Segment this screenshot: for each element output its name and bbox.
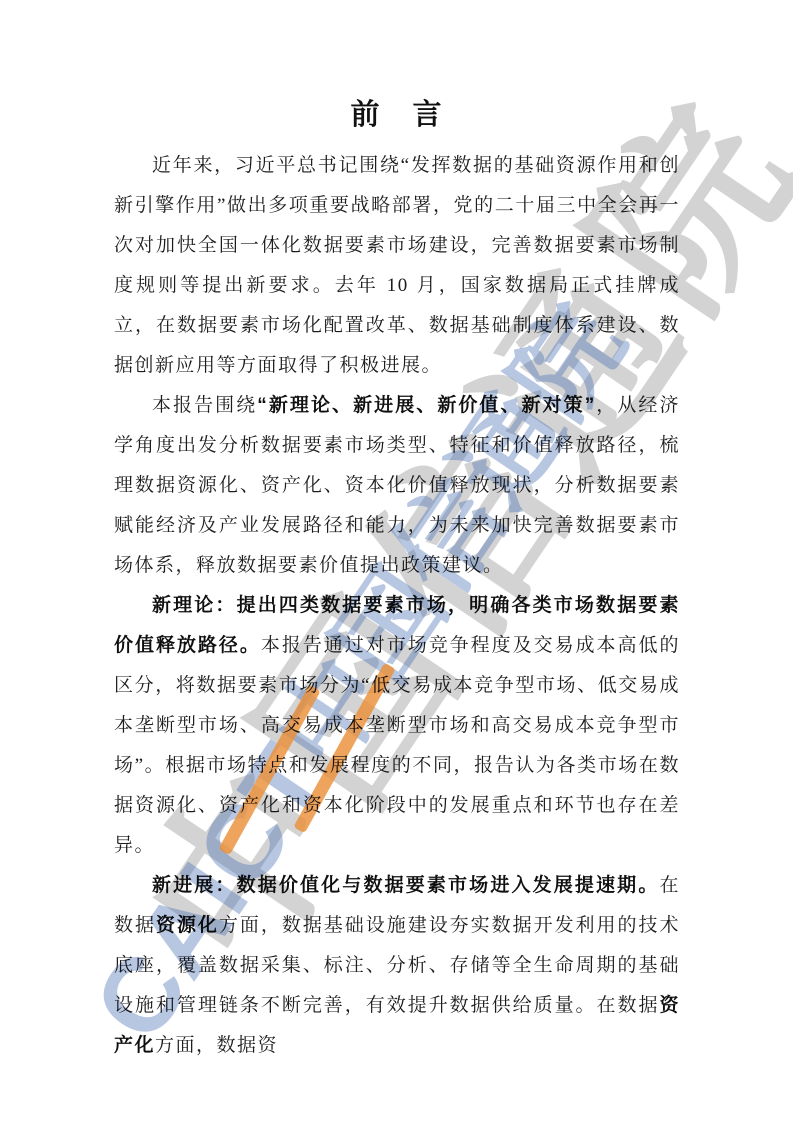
emphasis-text: 新进展：数据价值化与数据要素市场进入发展提速期。 [152, 875, 659, 896]
body-text: ，从经济学角度出发分析数据要素市场类型、特征和价值释放路径，梳理数据资源化、资产… [114, 395, 680, 576]
emphasis-text: 资源化 [156, 915, 219, 936]
paragraph: 新理论：提出四类数据要素市场，明确各类市场数据要素价值释放路径。本报告通过对市场… [114, 586, 680, 866]
paragraph: 近年来，习近平总书记围绕“发挥数据的基础资源作用和创新引擎作用”做出多项重要战略… [114, 146, 680, 386]
body-text: 本报告围绕 [152, 395, 257, 416]
page-title: 前 言 [114, 97, 680, 133]
document-page: 中国信通院 CAICT中国信通院 前 言 近年来，习近平总书记围绕“发挥数据的基… [0, 0, 793, 1122]
body-text: 近年来，习近平总书记围绕“发挥数据的基础资源作用和创新引擎作用”做出多项重要战略… [114, 155, 680, 376]
paragraph: 本报告围绕“新理论、新进展、新价值、新对策”，从经济学角度出发分析数据要素市场类… [114, 386, 680, 586]
document-content: 前 言 近年来，习近平总书记围绕“发挥数据的基础资源作用和创新引擎作用”做出多项… [114, 97, 680, 1066]
body-text: 方面，数据资 [155, 1035, 278, 1056]
paragraph: 新进展：数据价值化与数据要素市场进入发展提速期。在数据资源化方面，数据基础设施建… [114, 866, 680, 1066]
emphasis-text: “新理论、新进展、新价值、新对策” [257, 395, 595, 416]
paragraph-list: 近年来，习近平总书记围绕“发挥数据的基础资源作用和创新引擎作用”做出多项重要战略… [114, 146, 680, 1066]
body-text: 本报告通过对市场竞争程度及交易成本高低的区分，将数据要素市场分为“低交易成本竞争… [114, 635, 680, 856]
